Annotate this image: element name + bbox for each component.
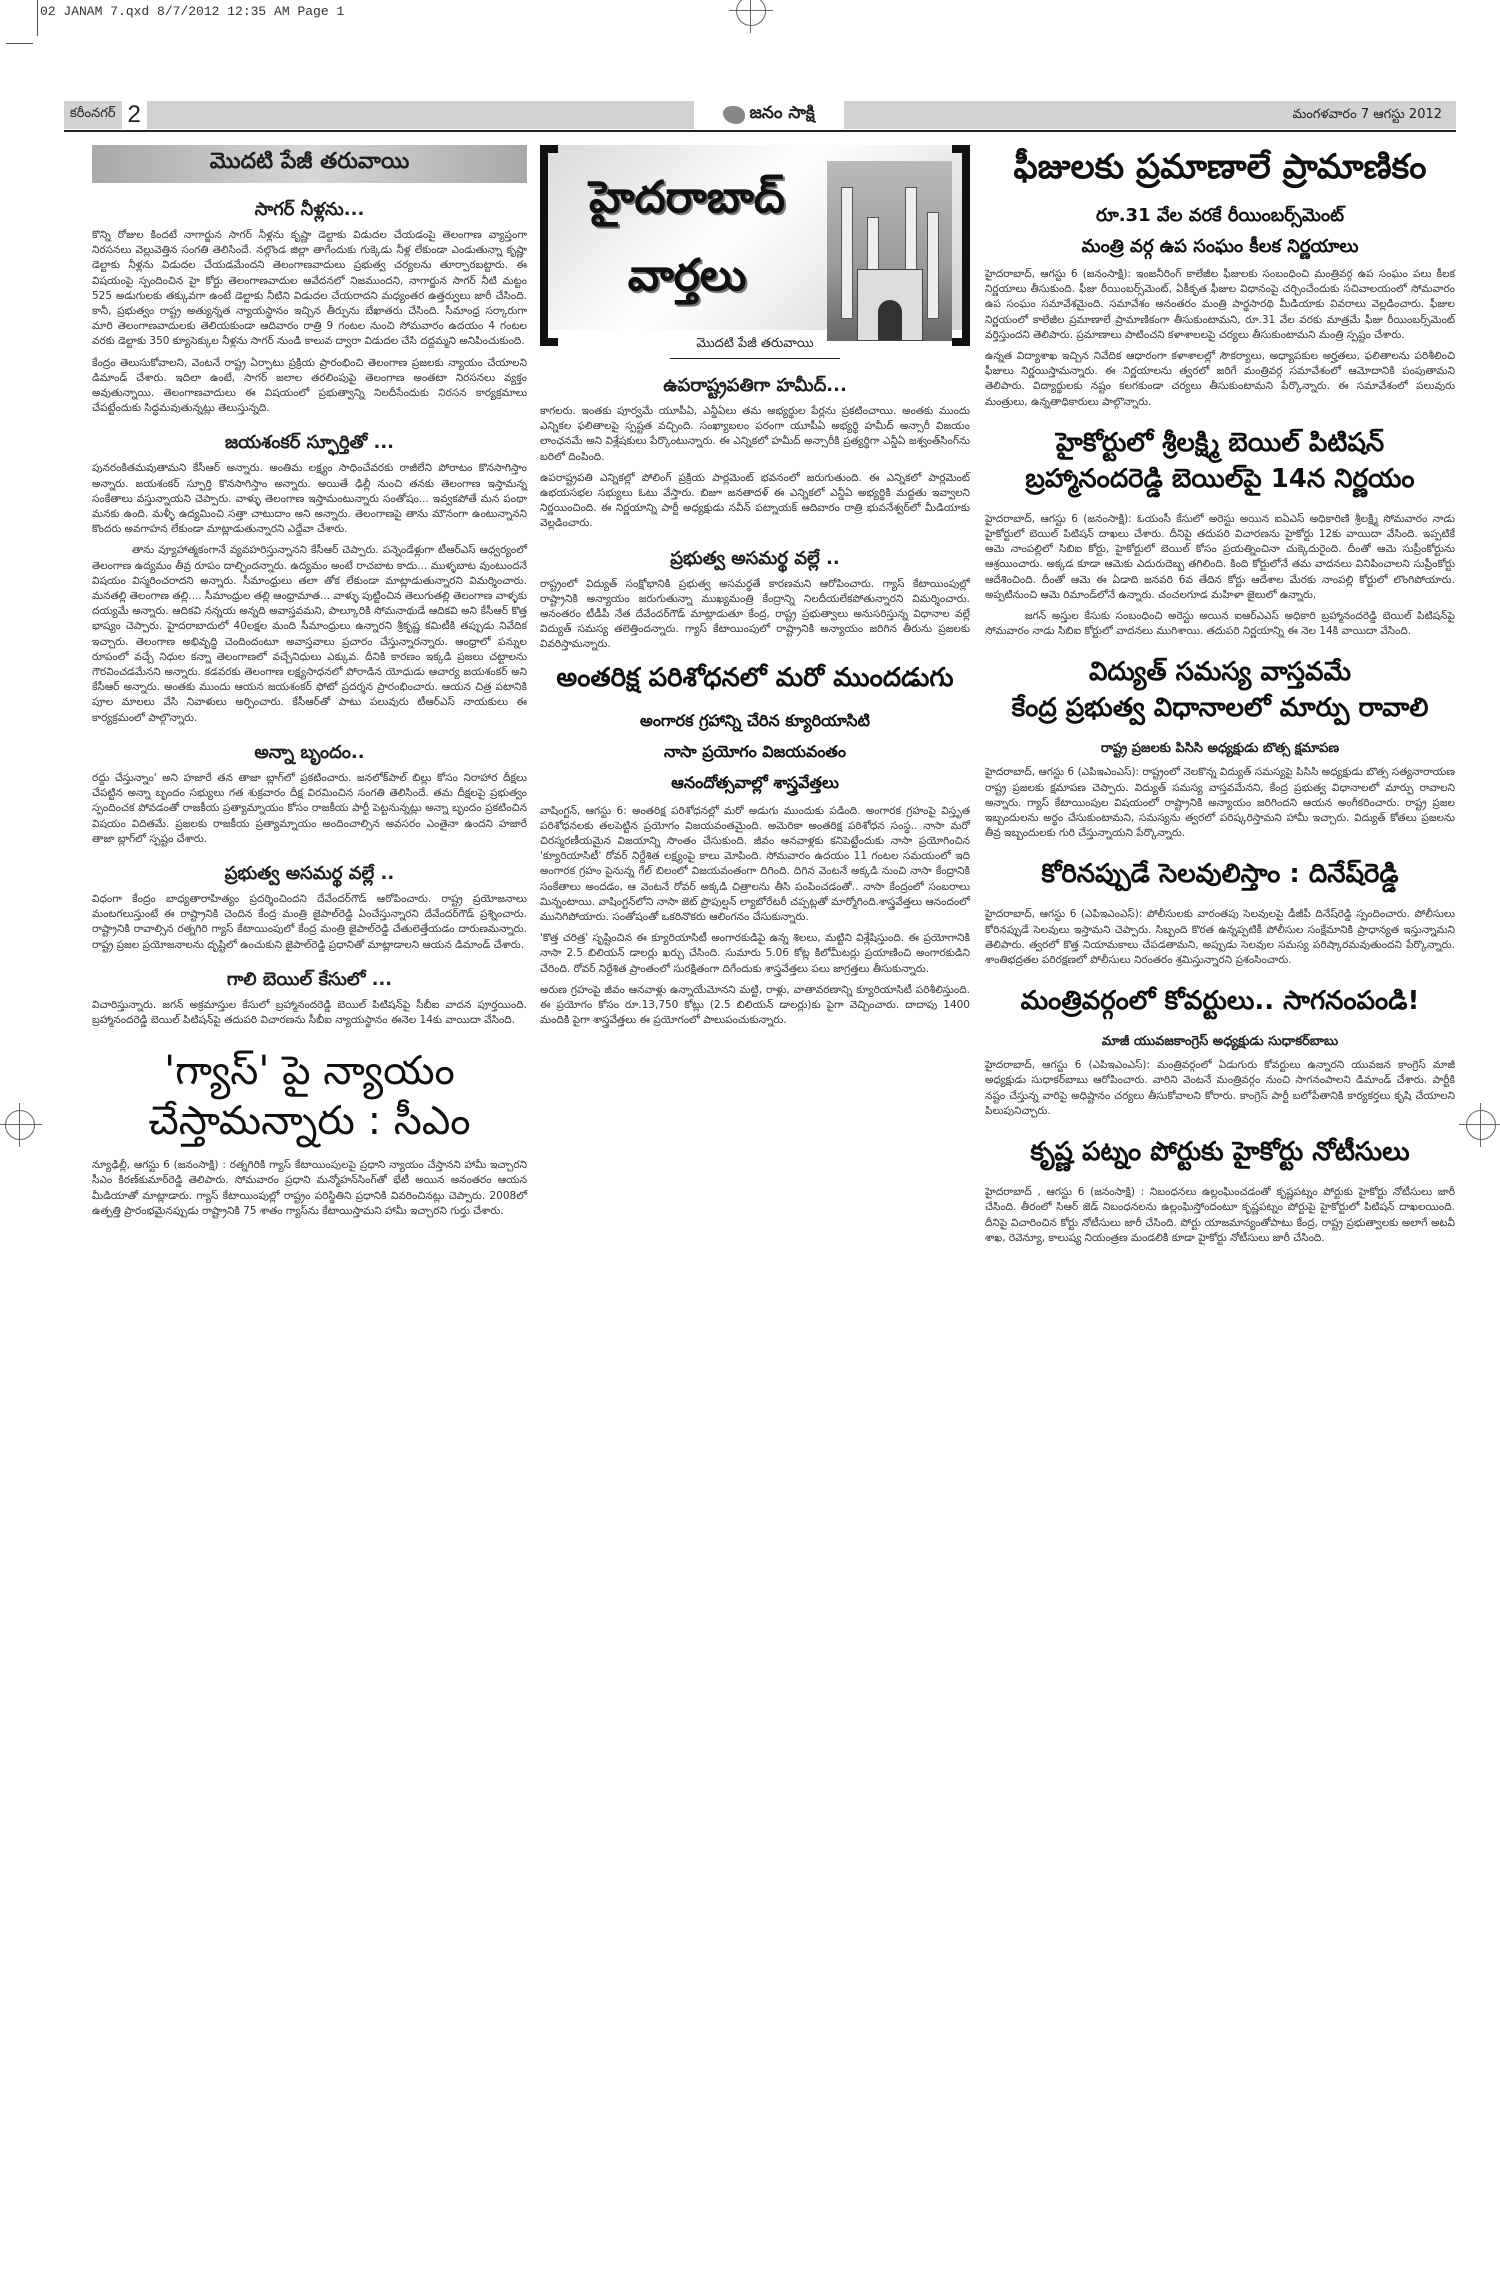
minaret-icon [927,212,939,319]
article-paragraph: తాను వ్యూహాత్మకంగానే వ్యవహరిస్తున్నానని … [92,543,527,725]
headline-line: విద్యుత్‌ సమస్య వాస్తవమే [985,657,1455,693]
headline-line: కేంద్ర ప్రభుత్వ విధానాలలో మార్పు రావాలి [985,693,1455,729]
feature-title: హైదరాబాద్‌ వార్తలు [562,159,812,315]
article-paragraph: కొన్ని రోజుల కిందటే నాగార్జున సాగర్‌ నీళ… [92,228,527,350]
article-paragraph: కేంద్రం తెలుసుకోవాలని, వెంటనే రాష్ట్ర ఏర… [92,356,527,417]
section-title: జయశంకర్‌ స్ఫూర్తితో ... [92,432,527,457]
registration-mark [1466,1110,1496,1140]
section-title: అన్నా బృందం.. [92,742,527,767]
article-paragraph: హైదరాబాద్‌ , ఆగస్టు 6 (జనంసాక్షి) : నిబం… [985,1185,1455,1246]
page-number: 2 [122,101,147,129]
power-subhead: రాష్ట్ర ప్రజలకు పిసిసి అధ్యక్షుడు బొత్స … [985,741,1455,759]
page-section-label: కరీంనగర్ 2 [64,101,147,129]
headline-line: 'గ్యాస్‌' పై న్యాయం [92,1046,527,1096]
article-paragraph: 'కొత్త చరిత్ర' సృష్టించిన ఈ క్యూరియాసిటీ… [540,931,970,977]
power-headline: విద్యుత్‌ సమస్య వాస్తవమే కేంద్ర ప్రభుత్వ… [985,657,1455,729]
headline-line: చేస్తామన్నారు : సీఎం [92,1096,527,1146]
mars-subhead: ఆనందోత్సవాల్లో శాస్త్రవేత్తలు [540,773,970,796]
newspaper-logo: జనం సాక్షి [694,101,844,129]
mars-headline: అంతరిక్ష పరిశోధనలో మరో ముందడుగు [540,663,970,699]
article-paragraph: హైదరాబాద్‌, ఆగస్టు 6 (ఎపిఇఎంఎస్‌): మంత్ర… [985,1058,1455,1119]
section-title: ప్రభుత్వ అసమర్థ వల్లే .. [92,863,527,888]
charminar-photo [827,161,952,341]
section-title: సాగర్‌ నీళ్లను... [92,199,527,224]
globe-icon [723,106,745,124]
crop-mark [37,0,38,36]
headline-line: బ్రహ్మానందరెడ్డి బెయిల్‌పై 14న నిర్ణయం [985,464,1455,500]
fees-subhead: మంత్రి వర్గ ఉప సంఘం కీలక నిర్ణయాలు [985,236,1455,261]
masthead-bar [147,101,694,129]
left-column: మొదటి పేజీ తరువాయి సాగర్‌ నీళ్లను... కొన… [92,145,527,1225]
article-paragraph: అరుణ గ్రహంపై జీవం ఆనవాళ్లు ఉన్నాయేమోనని … [540,983,970,1029]
feature-title-line: వార్తలు [562,237,812,315]
article-paragraph: కాగలరు. ఇంతకు పూర్వమే యూపీఏ, ఎన్డీఏలు తమ… [540,404,970,465]
registration-mark [736,0,766,26]
right-column: ఫీజులకు ప్రమాణాలే ప్రామాణికం రూ.31 వేల వ… [985,145,1455,1252]
article-paragraph: విచారిస్తున్నారు. జగన్‌ అక్రమాస్తుల కేసు… [92,998,527,1028]
article-paragraph: న్యూఢిల్లీ, ఆగస్టు 6 (జనంసాక్షి) : రత్నగ… [92,1158,527,1219]
article-paragraph: హైదరాబాద్‌, ఆగస్టు 6 (జనంసాక్షి): ఇంజనీర… [985,267,1455,343]
crop-mark [6,43,33,44]
feature-title-line: హైదరాబాద్‌ [562,159,812,237]
gas-headline: 'గ్యాస్‌' పై న్యాయం చేస్తామన్నారు : సీఎం [92,1046,527,1146]
masthead: కరీంనగర్ 2 జనం సాక్షి మంగళవారం 7 ఆగస్టు … [64,100,1456,132]
article-paragraph: విధంగా కేంద్రం బాధ్యతారాహిత్యం ప్రదర్శిం… [92,892,527,953]
bail-headline: హైకోర్టులో శ్రీలక్ష్మి బెయిల్‌ పిటిషన్‌ … [985,428,1455,500]
article-paragraph: పునరంకితమవుతామని కేసీఆర్‌ అన్నారు. అంతిమ… [92,461,527,537]
mars-subhead: అంగారక గ్రహాన్ని చేరిన క్యూరియాసిటి [540,711,970,734]
article-paragraph: రాష్ట్రంలో విద్యుత్‌ సంక్షోభానికి ప్రభుత… [540,577,970,653]
section-place: కరీంనగర్ [64,106,122,124]
hyderabad-news-feature-box: హైదరాబాద్‌ వార్తలు [540,145,970,330]
article-paragraph: హైదరాబాద్‌, ఆగస్టు 6 (ఎపిఇఎంఎస్‌): పోలీస… [985,907,1455,968]
middle-column: హైదరాబాద్‌ వార్తలు మొదటి పేజీ తరువాయి ఉప… [540,145,970,1034]
article-paragraph: వాషింగ్టన్‌, ఆగస్టు 6: అంతరిక్ష పరిశోధనల… [540,804,970,926]
port-headline: కృష్ణ పట్నం పోర్టుకు హైకోర్టు నోటీసులు [985,1137,1455,1173]
arch-icon [857,269,923,341]
fees-headline: ఫీజులకు ప్రమాణాలే ప్రామాణికం [985,147,1455,195]
article-paragraph: జగన్‌ అస్తుల కేసుకు సంబంధించి అరెస్టు అయ… [985,609,1455,639]
leave-headline: కోరినప్పుడే సెలవులిస్తాం : దినేష్‌రెడ్డి [985,859,1455,895]
mars-subhead: నాసా ప్రయోగం విజయవంతం [540,742,970,765]
section-title: ఉపరాష్ట్రపతిగా హమీద్‌... [540,375,970,400]
section-title: గాలి బెయిల్‌ కేసులో ... [92,969,527,994]
feature-subtitle: మొదటి పేజీ తరువాయి [670,336,840,359]
cabinet-headline: మంత్రివర్గంలో కోవర్టులు.. సాగనంపండి! [985,986,1455,1022]
bracket-left [540,145,558,346]
print-slug: 02 JANAM 7.qxd 8/7/2012 12:35 AM Page 1 [40,4,344,19]
headline-line: హైకోర్టులో శ్రీలక్ష్మి బెయిల్‌ పిటిషన్‌ [985,428,1455,464]
bracket-right [952,145,970,346]
article-paragraph: రద్దు చేస్తున్నాం' అని హజారే తన తాజా బ్ల… [92,771,527,847]
article-paragraph: ఉన్నత విద్యాశాఖ ఇచ్చిన నివేదిక ఆధారంగా క… [985,349,1455,410]
issue-date: మంగళవారం 7 ఆగస్టు 2012 [1172,101,1456,129]
minaret-icon [841,187,853,319]
article-paragraph: హైదరాబాద్‌, ఆగస్టు 6 (ఎపిఇఎంఎస్‌): రాష్ట… [985,765,1455,841]
logo-text: జనం సాక్షి [749,103,814,127]
article-paragraph: హైదరాబాద్‌, ఆగస్టు 6 (జనంసాక్షి): ఓయంసీ … [985,512,1455,603]
fees-subhead: రూ.31 వేల వరకే రీయింబర్స్‌మెంట్‌ [985,205,1455,230]
article-paragraph: ఉపరాష్ట్రపతి ఎన్నికల్లో పోలింగ్‌ ప్రక్రి… [540,471,970,532]
continuation-banner: మొదటి పేజీ తరువాయి [92,145,527,183]
registration-mark [5,1110,35,1140]
cabinet-subhead: మాజీ యువజకాంగ్రెస్‌ అధ్యక్షుడు సుధాకర్‌బ… [985,1034,1455,1052]
masthead-bar [844,101,1172,129]
section-title: ప్రభుత్వ అసమర్థ వల్లే .. [540,548,970,573]
